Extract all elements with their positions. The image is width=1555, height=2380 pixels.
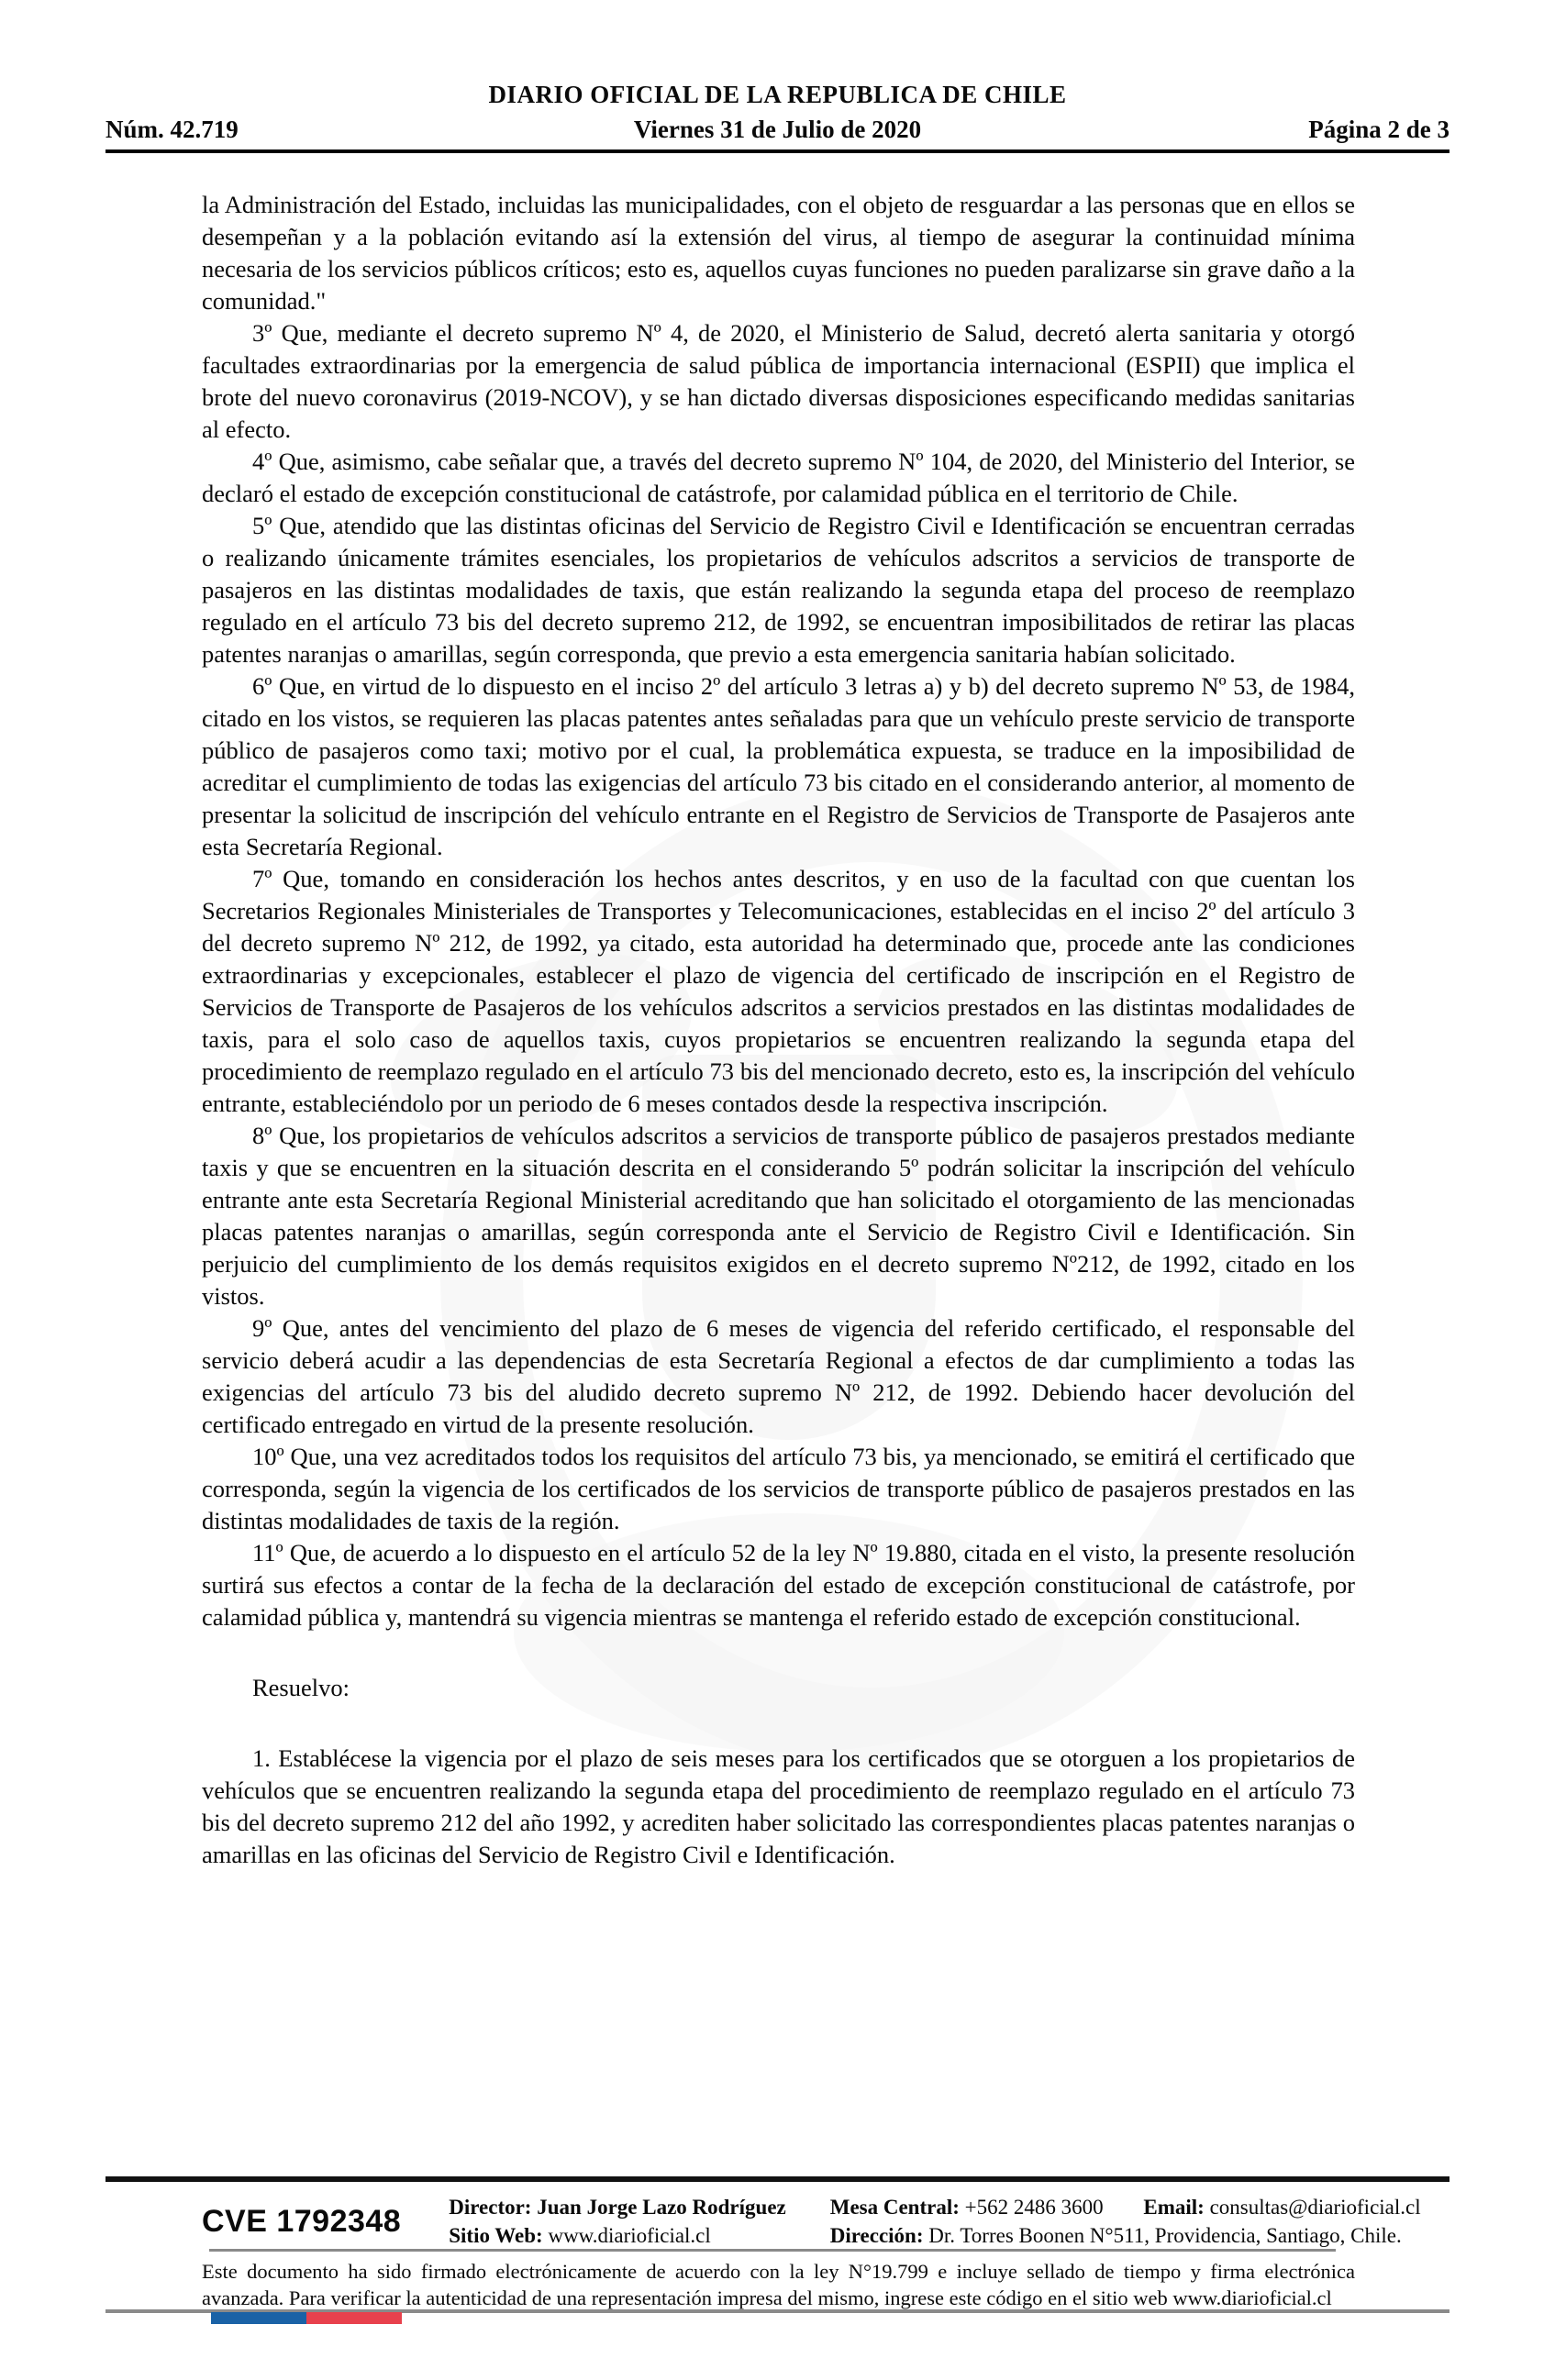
footer-mid-rule: [209, 2249, 1336, 2252]
contact-block: Mesa Central: +562 2486 3600 Email: cons…: [808, 2193, 1443, 2250]
director-block: Director: Juan Jorge Lazo Rodríguez Siti…: [427, 2193, 808, 2250]
address-line: Dirección: Dr. Torres Boonen N°511, Prov…: [830, 2221, 1421, 2250]
website-label: Sitio Web:: [449, 2224, 542, 2247]
body-paragraph: la Administración del Estado, incluidas …: [202, 189, 1355, 317]
email-pair: Email: consultas@diarioficial.cl: [1143, 2196, 1420, 2219]
body-paragraph: 10º Que, una vez acreditados todos los r…: [202, 1441, 1355, 1537]
address-value: Dr. Torres Boonen N°511, Providencia, Sa…: [928, 2224, 1401, 2247]
director-name: Juan Jorge Lazo Rodríguez: [537, 2196, 786, 2219]
footer-top-bar: [106, 2176, 1449, 2182]
website-line: Sitio Web: www.diarioficial.cl: [449, 2221, 786, 2250]
body-paragraph: 6º Que, en virtud de lo dispuesto en el …: [202, 670, 1355, 863]
phone-number: +562 2486 3600: [965, 2196, 1104, 2219]
flag-red-segment: [306, 2312, 402, 2324]
body-paragraph: 1. Establécese la vigencia por el plazo …: [202, 1743, 1355, 1871]
body-paragraph: Resuelvo:: [202, 1672, 1355, 1704]
page-indicator: Página 2 de 3: [1308, 116, 1449, 144]
contact-line: Mesa Central: +562 2486 3600 Email: cons…: [830, 2193, 1421, 2221]
legal-note: Este documento ha sido firmado electróni…: [202, 2258, 1355, 2311]
footer-info-row: CVE 1792348 Director: Juan Jorge Lazo Ro…: [202, 2194, 1355, 2249]
phone-label: Mesa Central:: [830, 2196, 960, 2219]
cve-code: CVE 1792348: [202, 2204, 427, 2240]
header-rule: [106, 149, 1449, 153]
publication-title: DIARIO OFICIAL DE LA REPUBLICA DE CHILE: [0, 81, 1555, 109]
body-paragraph: 3º Que, mediante el decreto supremo Nº 4…: [202, 317, 1355, 446]
address-label: Dirección:: [830, 2224, 924, 2247]
body-paragraph: 5º Que, atendido que las distintas ofici…: [202, 510, 1355, 670]
resolution-body: la Administración del Estado, incluidas …: [202, 189, 1355, 1871]
body-paragraph: 4º Que, asimismo, cabe señalar que, a tr…: [202, 446, 1355, 510]
body-paragraph: 11º Que, de acuerdo a lo dispuesto en el…: [202, 1537, 1355, 1633]
website-link[interactable]: www.diarioficial.cl: [548, 2224, 710, 2247]
director-line: Director: Juan Jorge Lazo Rodríguez: [449, 2193, 786, 2221]
body-paragraph: 9º Que, antes del vencimiento del plazo …: [202, 1312, 1355, 1441]
chile-flag-strip: [211, 2312, 402, 2324]
email-label: Email:: [1143, 2196, 1204, 2219]
body-paragraph: 7º Que, tomando en consideración los hec…: [202, 863, 1355, 1120]
body-paragraph: 8º Que, los propietarios de vehículos ad…: [202, 1120, 1355, 1312]
email-address[interactable]: consultas@diarioficial.cl: [1210, 2196, 1421, 2219]
director-label: Director:: [449, 2196, 531, 2219]
flag-blue-segment: [211, 2312, 306, 2324]
gazette-page: DIARIO OFICIAL DE LA REPUBLICA DE CHILE …: [0, 0, 1555, 2380]
